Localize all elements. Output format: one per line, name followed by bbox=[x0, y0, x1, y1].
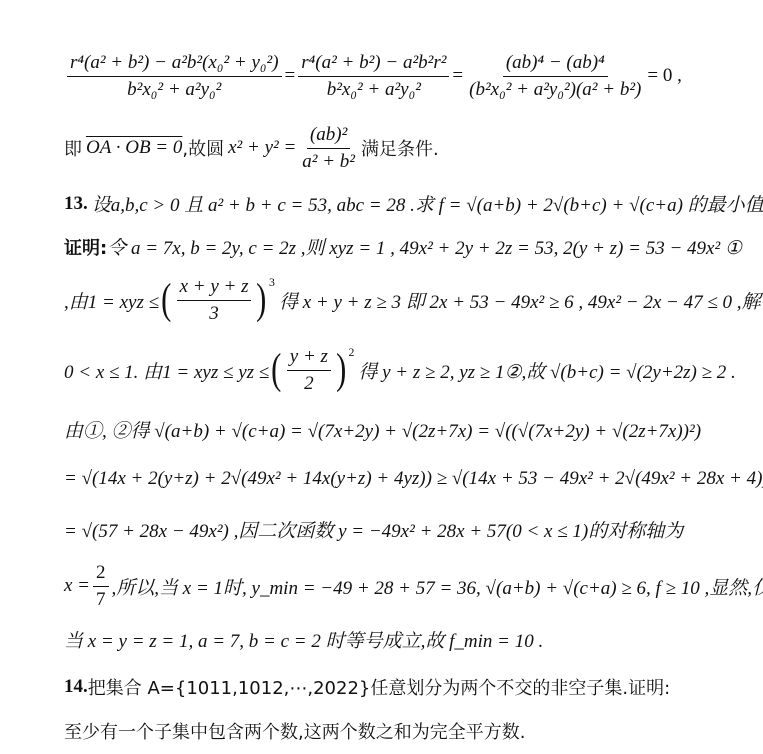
problem-14-line-1: 14. 把集合 A={1011,1012,⋯,2022}任意划分为两个不交的非空… bbox=[64, 674, 670, 700]
fraction-3: (ab)⁴ − (ab)⁴ (b²x₀² + a²y₀²)(a² + b²) bbox=[466, 52, 644, 101]
problem-14-line-2: 至少有一个子集中包含两个数,这两个数之和为完全平方数. bbox=[64, 718, 525, 744]
fraction-yz: y + z 2 bbox=[287, 346, 331, 395]
problem-statement: 设a,b,c > 0 且 a² + b + c = 53, abc = 28 .… bbox=[92, 190, 763, 217]
problem-number: 13. bbox=[64, 193, 88, 215]
vector-dot-product: OA · OB = 0 bbox=[86, 137, 182, 159]
equation-fraction-chain: r⁴(a² + b²) − a²b²(x₀² + y₀²) b²x₀² + a²… bbox=[64, 52, 682, 101]
problem-number: 14. bbox=[64, 676, 88, 698]
fraction-radius: (ab)² a² + b² bbox=[299, 124, 358, 173]
fraction-am-gm: x + y + z 3 bbox=[177, 276, 252, 325]
proof-line-4: 由①, ②得 √(a+b) + √(c+a) = √(7x+2y) + √(2z… bbox=[64, 416, 701, 443]
conclusion-line: 即 OA · OB = 0 ,故圆 x² + y² = (ab)² a² + b… bbox=[64, 124, 439, 173]
proof-line-3: 0 < x ≤ 1. 由1 = xyz ≤ yz ≤ ( y + z 2 ) 2… bbox=[64, 346, 736, 395]
proof-line-7: x = 2 7 ,所以,当 x = 1时, y_min = −49 + 28 +… bbox=[64, 562, 763, 611]
problem-13: 13. 设a,b,c > 0 且 a² + b + c = 53, abc = … bbox=[64, 190, 763, 217]
fraction-2: r⁴(a² + b²) − a²b²r² b²x₀² + a²y₀² bbox=[298, 52, 449, 101]
proof-line-2: ,由1 = xyz ≤ ( x + y + z 3 ) 3 得 x + y + … bbox=[64, 276, 763, 325]
fraction-1: r⁴(a² + b²) − a²b²(x₀² + y₀²) b²x₀² + a²… bbox=[67, 52, 282, 101]
fraction-axis: 2 7 bbox=[93, 562, 109, 611]
proof-line-8: 当 x = y = z = 1, a = 7, b = c = 2 时等号成立,… bbox=[64, 626, 543, 653]
proof-line-5: = √(14x + 2(y+z) + 2√(49x² + 14x(y+z) + … bbox=[64, 468, 763, 490]
proof-line-1: 证明: 令 a = 7x, b = 2y, c = 2z ,则 xyz = 1 … bbox=[64, 233, 742, 260]
proof-line-6: = √(57 + 28x − 49x²) ,因二次函数 y = −49x² + … bbox=[64, 516, 683, 543]
proof-label: 证明: bbox=[64, 234, 107, 260]
